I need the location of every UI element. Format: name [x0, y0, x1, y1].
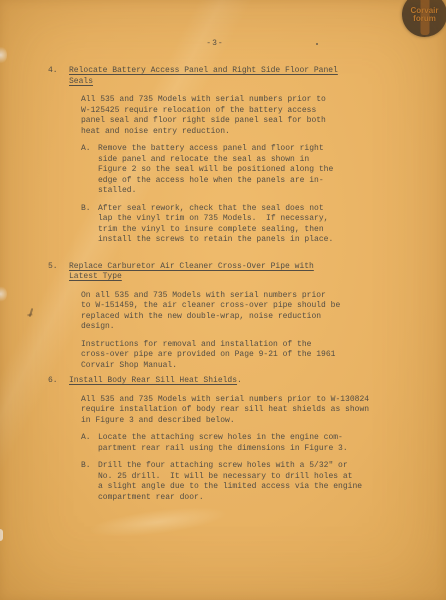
subitem-label: B. [81, 461, 98, 503]
section-number: 6. [48, 376, 58, 387]
section-heading-suffix: . [237, 376, 242, 385]
section-item-5: 5. Replace Carburetor Air Cleaner Cross-… [48, 262, 440, 372]
section-heading: Relocate Battery Access Panel and Right … [69, 66, 440, 87]
subitem-text: After seal rework, check that the seal d… [98, 204, 440, 246]
section-item-4: 4. Relocate Battery Access Panel and Rig… [48, 66, 440, 246]
subitem-text: Drill the four attaching screw holes wit… [98, 461, 440, 503]
subitem-label: A. [81, 433, 98, 454]
section-heading-text: Install Body Rear Sill Heat Shields [69, 376, 237, 385]
section-paragraph: Instructions for removal and installatio… [81, 340, 440, 372]
section-number: 4. [48, 66, 58, 77]
watermark-text-line2: forum [413, 15, 436, 23]
subitem-label: B. [81, 204, 98, 246]
corvair-forum-watermark-stamp: Corvair forum [402, 0, 446, 37]
edge-scan-sliver [0, 529, 3, 541]
subitem-a: A. Locate the attaching screw holes in t… [81, 433, 440, 454]
subitem-text: Locate the attaching screw holes in the … [98, 433, 440, 454]
subitem-a: A. Remove the battery access panel and f… [81, 144, 440, 197]
section-heading: Install Body Rear Sill Heat Shields. [69, 376, 440, 387]
section-heading-text: Relocate Battery Access Panel and Right … [69, 66, 338, 86]
document-page: -3- Corvair forum 4. Relocate Battery Ac… [0, 0, 446, 600]
pencil-mark [29, 308, 33, 317]
page-number: -3- [0, 39, 430, 50]
document-body: 4. Relocate Battery Access Panel and Rig… [48, 66, 440, 503]
section-heading: Replace Carburetor Air Cleaner Cross-Ove… [69, 262, 440, 283]
subitem-label: A. [81, 144, 98, 197]
section-heading-text: Replace Carburetor Air Cleaner Cross-Ove… [69, 262, 314, 282]
section-item-6: 6. Install Body Rear Sill Heat Shields. … [48, 376, 440, 503]
subitem-b: B. After seal rework, check that the sea… [81, 204, 440, 246]
section-paragraph: All 535 and 735 Models with serial numbe… [81, 395, 440, 427]
section-number: 5. [48, 262, 58, 273]
punch-hole-mark-middle [0, 286, 7, 302]
subitem-text: Remove the battery access panel and floo… [98, 144, 440, 197]
section-paragraph: All 535 and 735 Models with serial numbe… [81, 95, 440, 137]
section-paragraph: On all 535 and 735 Models with serial nu… [81, 291, 440, 333]
subitem-b: B. Drill the four attaching screw holes … [81, 461, 440, 503]
scan-smudge [87, 502, 229, 543]
